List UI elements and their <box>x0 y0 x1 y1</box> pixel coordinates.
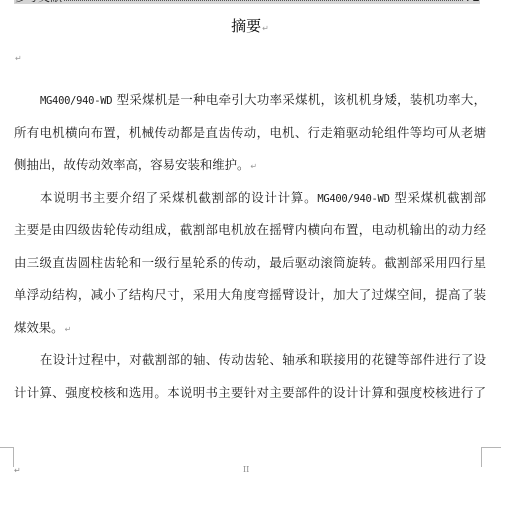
abstract-title-text: 摘要 <box>231 17 261 35</box>
text-line: 由三级直齿圆柱齿轮和一级行星轮系的传动，最后驱动滚筒旋转。截割部采用四行星 <box>14 247 486 280</box>
text-line: 在设计过程中，对截割部的轴、传动齿轮、轴承和联接用的花键等部件进行了设 <box>14 344 486 377</box>
model-number: MG400/940-WD <box>40 95 112 107</box>
empty-paragraph-mark-icon: ↵ <box>15 54 22 64</box>
page-corner-mark-right <box>481 447 501 467</box>
text-line: MG400/940-WD 型采煤机是一种电牵引大功率采煤机，该机机身矮，装机功率… <box>14 84 486 117</box>
paragraph-mark-icon: ↵ <box>262 24 269 33</box>
text-line: 计计算、强度校核和选用。本说明书主要针对主要部件的设计计算和强度校核进行了 <box>14 377 486 410</box>
text-line: 单浮动结构，减小了结构尺寸，采用大角度弯摇臂设计，加大了过煤空间，提高了装 <box>14 279 486 312</box>
text-line: 煤效果。↵ <box>14 312 486 345</box>
text-line: 侧抽出，故传动效率高，容易安装和维护。↵ <box>14 149 486 182</box>
model-number: MG400/940-WD <box>317 193 389 205</box>
paragraph-mark-icon: ↵ <box>65 325 72 334</box>
toc-dot-leader <box>64 0 463 1</box>
toc-entry-page: 72 <box>463 0 480 4</box>
paragraph-mark-icon: ↵ <box>250 162 257 171</box>
toc-entry-label: 参考文献 <box>14 0 64 4</box>
page-corner-mark-left <box>0 447 14 467</box>
abstract-title: 摘要↵ <box>0 16 500 39</box>
abstract-body[interactable]: MG400/940-WD 型采煤机是一种电牵引大功率采煤机，该机机身矮，装机功率… <box>14 84 486 409</box>
text-line: 主要是由四级齿轮传动组成，截割部电机放在摇臂内横向布置，电动机输出的动力经 <box>14 214 486 247</box>
footer-paragraph-mark-icon: ↵ <box>14 466 21 475</box>
toc-entry-references[interactable]: 参考文献 72 <box>14 0 480 4</box>
page-number: II <box>243 465 249 474</box>
text-line: 所有电机横向布置，机械传动都是直齿传动，电机、行走箱驱动轮组件等均可从老塘 <box>14 117 486 150</box>
text-line: 本说明书主要介绍了采煤机截割部的设计计算。MG400/940-WD 型采煤机截割… <box>14 182 486 215</box>
